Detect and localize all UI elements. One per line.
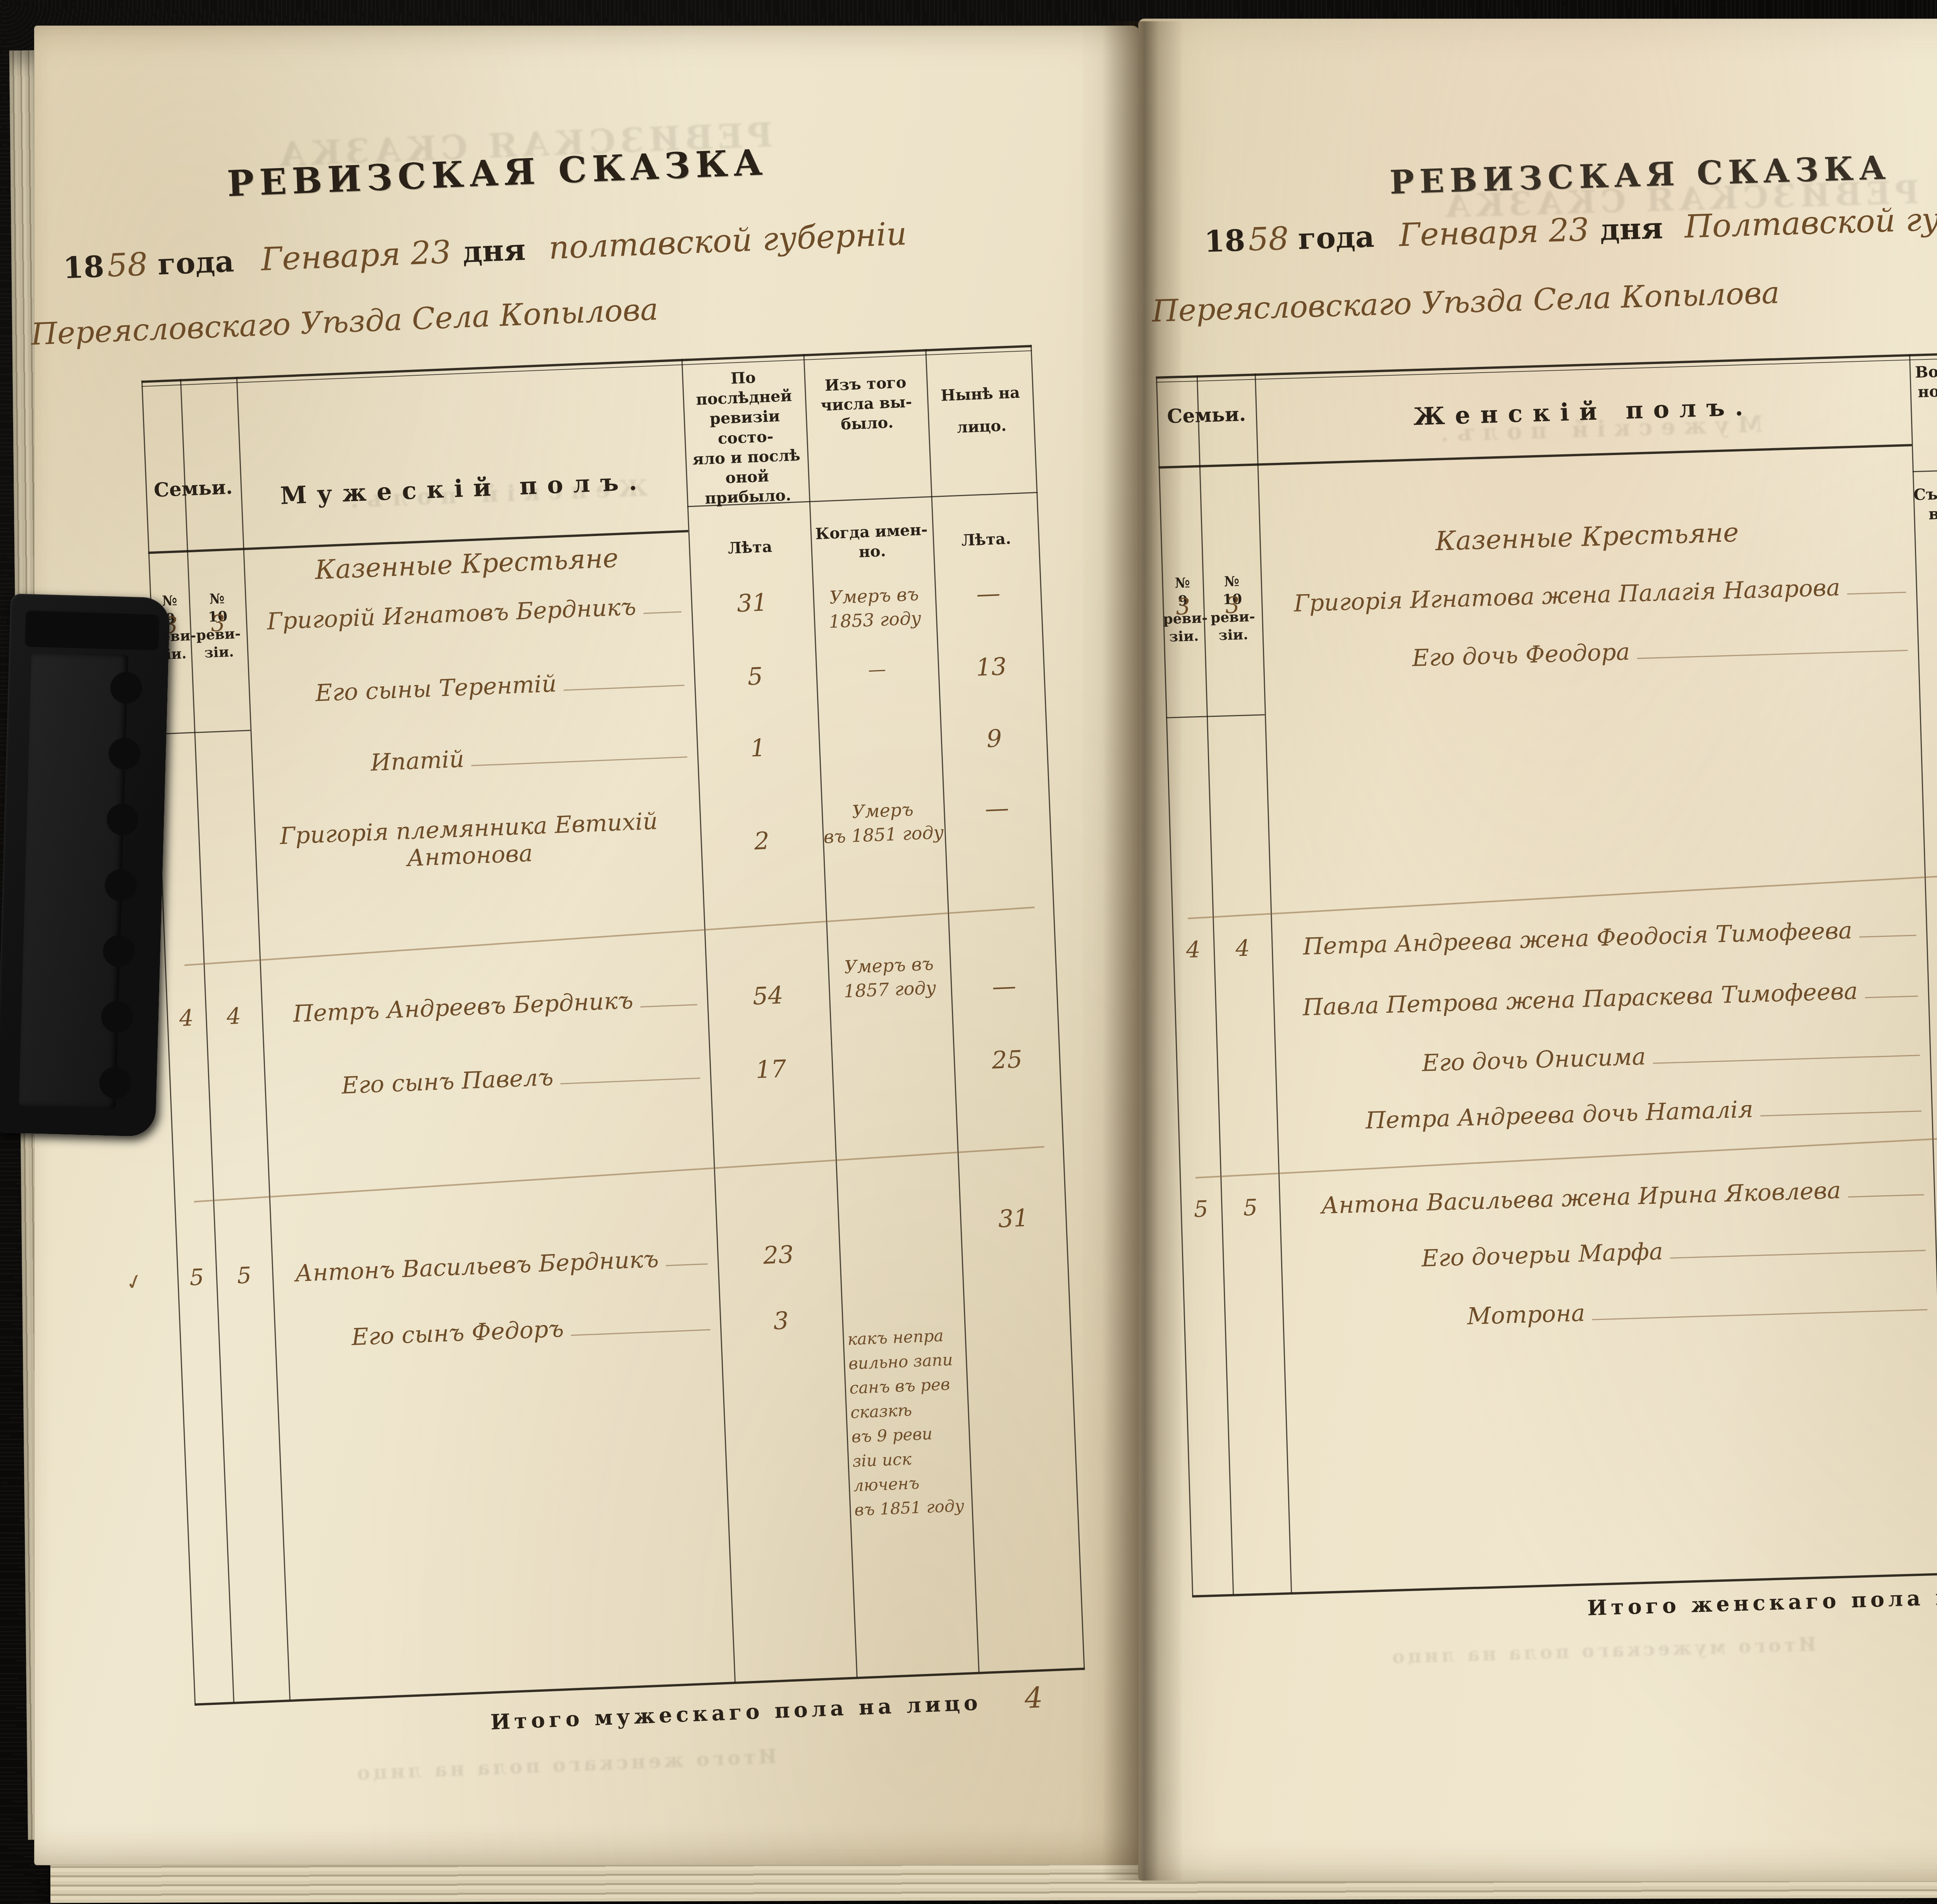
age-now: — [934,577,1042,610]
table-row: 5 5 Антона Васильева жена Ирина Яковлева… [1180,1168,1937,1224]
grid-line [1156,376,1193,1596]
departure-note: — [815,655,938,684]
person-name: Антона Васильева жена Ирина Яковлева [1321,1177,1841,1220]
year-word: года [1297,219,1375,256]
departure-note: Умеръ въ 1853 году [813,581,937,634]
table-row: Его дочь Онисима — 3 [1176,1029,1937,1086]
date-handwritten: Генваря 23 [1399,211,1590,254]
left-page: РЕВИЗСКАЯ СКАЗКА Женскій полъ. Итого жен… [34,26,1140,1865]
person-name: Ипатій [370,746,464,777]
male-census-table: Семьи. Мужескій полъ. По послѣдней ревиз… [141,345,1085,1720]
table-row: Его дочерьи Марфа — 8 [1182,1224,1937,1279]
departure-note [819,727,941,732]
age-now: 13 [938,651,1045,683]
absent-since: — [1917,626,1937,655]
age-now: — [950,970,1058,1002]
age-now: 31 [960,1202,1067,1235]
absent-since: — [1926,911,1937,940]
subheader-years: Лѣта [689,535,812,560]
age-previous: 3 [719,1304,843,1337]
family-separator-line [194,1146,1044,1203]
place-line: Переясловскаго Уѣзда Села Копылова [1151,270,1937,329]
table-row: Петра Андреева дочь Наталія — 13 [1178,1084,1937,1141]
scanned-book-photo: { "book": { "page_number_ink": "926", "p… [0,0,1937,1904]
date-handwritten: Генваря 23 [260,234,452,278]
family-no-9th: 5 [177,1263,217,1291]
table-row: 3 3 Григорія Игнатова жена Палагія Назар… [1162,565,1937,622]
grid-line [1156,348,1937,379]
column-header-family: Семьи. [145,474,241,503]
column-header-female-sex: Женскій полъ. [1256,387,1911,436]
column-header-male-sex: Мужескій полъ. [241,464,687,513]
female-total-line: Итого женскаго пола на лицо 9 [1192,1572,1937,1634]
person-name: Петра Андреева жена Феодосія Тимофеева [1302,917,1853,960]
family-no-10th: 3 [1203,591,1262,619]
age-previous: 2 [699,801,823,857]
absent-since: — [1916,568,1937,597]
family-no-10th: 4 [205,1002,263,1031]
table-row: 4 4 Петръ Андреевъ Бердникъ 54 Умеръ въ … [167,970,1058,1034]
year-prefix: 18 [1204,223,1245,259]
grid-line [1166,714,1265,718]
age-previous: 17 [709,1053,833,1086]
age-previous: 1 [697,731,820,765]
year-handwritten: 58 [1248,220,1289,258]
binder-clip [0,594,170,1137]
age-now: 9 [940,722,1048,755]
person-name: Петръ Андреевъ Бердникъ [292,987,634,1028]
column-header-previous-revision: По послѣдней ревизіи состо- яло и послѣ … [682,366,809,509]
binder-clip-pad [19,652,129,1109]
absent-since: — [1934,1171,1937,1199]
absent-since: — [1928,972,1937,1001]
table-row: Его сынъ Павелъ 17 25 [169,1043,1061,1107]
departure-note [839,1234,961,1239]
group-heading-state-peasants: Казенные Крестьяне [1259,512,1915,562]
binder-clip-scallop-edge [93,654,149,1109]
absent-since: — [1929,1031,1937,1060]
table-row: Его дочь Феодора — 4 [1164,624,1937,679]
day-word: дня [462,232,526,269]
bleed-through-total-line: Итого женскаго пола на лицо [275,1742,856,1788]
family-no-9th: 4 [167,1004,206,1032]
female-census-table: Семьи. Женскій полъ. Во времен- ной отлу… [1156,348,1937,1654]
subheader-since-when: Съ котораго времени. [1913,482,1937,525]
person-name: Его дочь Феодора [1412,638,1630,672]
table-row: Ипатій 1 9 [157,722,1048,786]
family-no-9th: 5 [1180,1195,1222,1223]
right-page-content: РЕВИЗСКАЯ СКАЗКА Мужескій полъ. Итого му… [1117,4,1937,1896]
province-handwritten: полтавской губерніи [548,215,907,266]
departure-note: Умеръ въ 1851 году [821,796,945,849]
male-total-label: Итого мужескаго пола на лицо [490,1690,982,1734]
absent-since: — [1931,1087,1937,1116]
column-header-departed: Изъ того числа вы- было. [804,371,929,436]
person-name: Павла Петрова жена Параскева Тимофеева [1302,978,1858,1021]
table-row: 4 4 Петра Андреева жена Феодосія Тимофее… [1173,909,1937,964]
table-row: Его сыны Терентій 5 — 13 [154,651,1045,715]
right-page: РЕВИЗСКАЯ СКАЗКА Мужескій полъ. Итого му… [1138,19,1937,1882]
grid-line [155,730,250,735]
departure-note: Умеръ въ 1857 году [827,951,951,1004]
date-line: 18 58 года Генваря 23 дня полтавской губ… [62,215,907,286]
person-name: Его сынъ Федоръ [351,1315,564,1351]
person-name: Его дочь Онисима [1422,1043,1646,1077]
person-name: Григорія Игнатова жена Палагія Назарова [1294,574,1841,617]
place-line: Переясловскаго Уѣзда Села Копылова [30,282,922,352]
family-separator-line [1188,866,1937,919]
family-no-10th: 5 [216,1261,273,1290]
margin-check-mark: ✓ [122,1268,146,1296]
family-no-9th: 4 [1173,936,1214,963]
person-name: Антонъ Васильевъ Бердникъ [295,1246,659,1287]
table-row: 5 5 Антонъ Васильевъ Бердникъ 23 31 [177,1229,1068,1293]
subheader-years-now: Лѣта. [932,528,1040,552]
person-name: Его сыны Терентій [315,670,557,707]
age-previous: 23 [717,1238,840,1272]
male-total-line: Итого мужескаго пола на лицо 4 [195,1679,1087,1748]
exclusion-note: какъ непра вильно запи санъ въ рев сказк… [842,1322,977,1523]
grid-line [1197,375,1234,1595]
person-name: Григорія племянника Евтихій Антонова [254,807,685,878]
year-word: года [157,244,235,282]
left-page-content: РЕВИЗСКАЯ СКАЗКА Женскій полъ. Итого жен… [4,3,1182,1885]
day-word: дня [1600,211,1663,247]
person-name: Его сынъ Павелъ [341,1064,554,1100]
person-name: Мотрона [1467,1299,1585,1330]
person-name: Григорій Игнатовъ Бердникъ [267,593,637,635]
male-total-value: 4 [981,1679,1087,1717]
table-row: 3 3 Григорій Игнатовъ Бердникъ 31 Умеръ … [151,577,1043,661]
table-row: Григорія племянника Евтихій Антонова 2 У… [159,792,1052,882]
age-previous: 54 [707,979,830,1012]
age-now [968,1295,1075,1299]
age-previous: 31 [691,586,814,620]
departure-note [831,1048,953,1053]
column-header-family: Семьи. [1157,401,1256,429]
age-now: 25 [953,1043,1061,1076]
column-header-temporarily-absent: Во времен- ной отлуч- кѣ [1909,359,1937,422]
family-no-10th: 4 [1213,934,1272,962]
year-prefix: 18 [62,249,105,285]
absent-since: — [1935,1227,1937,1255]
family-no-9th: 3 [1162,593,1204,620]
person-name: Его дочерьи Марфа [1421,1238,1663,1272]
binder-clip-arm [25,610,160,651]
year-handwritten: 58 [107,246,148,284]
family-no-10th: 3 [189,609,247,638]
grid-line [1913,465,1937,472]
column-header-now-present: Нынѣ на лицо. [926,376,1036,445]
family-no-10th: 5 [1221,1194,1280,1222]
table-row: Его сынъ Федоръ 3 какъ непра вильно запи… [179,1295,1079,1549]
female-total-label: Итого женскаго пола на лицо [1587,1581,1937,1620]
table-row: Мотрона — 3 [1184,1283,1937,1340]
age-previous: 5 [693,660,817,693]
person-name: Петра Андреева дочь Наталія [1365,1096,1754,1134]
table-row: Павла Петрова жена Параскева Тимофеева —… [1174,969,1937,1026]
age-now: — [943,792,1051,824]
subheader-when-exactly: Когда имен- но. [810,519,934,564]
grid-line [1159,444,1912,469]
